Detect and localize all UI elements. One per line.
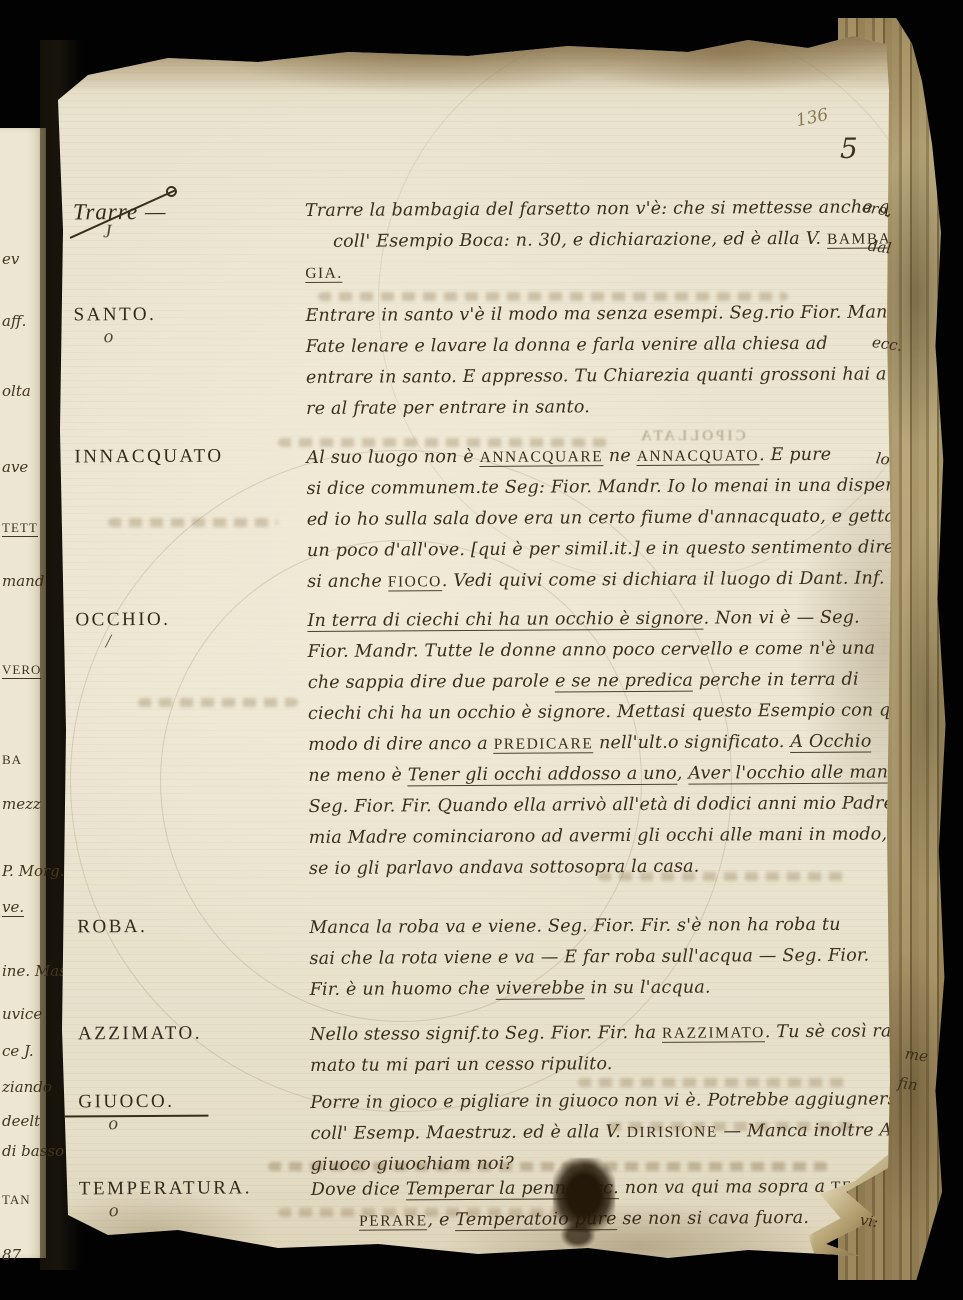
entry-text-segment: PERARE <box>359 1212 428 1230</box>
entry-line: se io gli parlavo andava sottosopra la c… <box>309 850 937 885</box>
headword-label: OCCHIO. <box>75 609 170 632</box>
entry-headword: ROBA. <box>63 913 309 939</box>
entry-trarre: Trarre —JTrarre la bambagia del farsetto… <box>59 193 878 291</box>
entry-line: Fate lenare e lavare la donna e farla ve… <box>306 328 921 363</box>
entry-body: Nello stesso signif.to Seg. Fior. Fir. h… <box>310 1016 923 1082</box>
fore-edge-ink-mark: dal <box>867 236 893 257</box>
headword-label: INNACQUATO <box>74 446 223 469</box>
entry-text-segment: Fior. Mandr. Tutte le donne anno poco ce… <box>308 639 876 662</box>
entry-text-segment: Trarre la bambagia del farsetto non v'è:… <box>305 197 907 221</box>
entry-text-segment: Nello stesso signif.to Seg. Fior. Fir. h… <box>310 1023 662 1045</box>
entry-line: Fior. Mandr. Tutte le donne anno poco ce… <box>308 633 936 668</box>
entry-temperatura: TEMPERATURA.oDove dice Temperar la penna… <box>65 1171 883 1238</box>
cutoff-text-fragment: aff. <box>2 312 26 330</box>
entry-text-segment: Seg. Fior. Fir. Quando ella arrivò all'e… <box>308 793 910 817</box>
cutoff-text-fragment: TAN <box>2 1192 31 1208</box>
entry-text-segment: . E pure <box>759 445 831 465</box>
entry-text-segment: ciechi chi ha un occhio è signore. Metta… <box>308 700 924 724</box>
cutoff-text-fragment: mezz <box>2 795 41 813</box>
entry-line: Entrare in santo v'è il modo ma senza es… <box>305 297 920 332</box>
pen-flourish: / <box>105 631 113 653</box>
entry-headword: AZZIMATO. <box>64 1020 310 1046</box>
entry-roba: ROBA.Manca la roba va e viene. Seg. Fior… <box>63 909 882 1007</box>
cutoff-text-fragment: 87 <box>2 1246 21 1264</box>
entry-text-segment: In terra di ciechi chi ha un occhio è si… <box>307 609 703 632</box>
cutoff-text-fragment: mand <box>2 572 44 590</box>
entry-text-segment: . Vedi quivi come si dichiara il luogo d… <box>442 568 908 591</box>
entry-occhio: OCCHIO./In terra di ciechi chi ha un occ… <box>61 603 881 887</box>
entry-text-segment: coll' Esempio Boca: n. 30, e dichiarazio… <box>333 229 827 252</box>
fore-edge-ink-mark: vi: <box>859 1211 880 1231</box>
fore-edge-ink-mark: lo <box>875 449 891 469</box>
cutoff-text-fragment: deelt <box>2 1112 40 1130</box>
entries: Trarre —JTrarre la bambagia del farsetto… <box>59 193 883 1239</box>
entry-line: sai che la rota viene e va — E far roba … <box>309 940 881 974</box>
entry-text-segment: viverebbe <box>496 978 585 1000</box>
entry-line: coll' Esempio Boca: n. 30, e dichiarazio… <box>305 223 908 258</box>
entry-line: mia Madre cominciarono ad avermi gli occ… <box>309 819 937 854</box>
cutoff-text-fragment: ave <box>2 458 28 476</box>
entry-body: Porre in gioco e pigliare in giuoco non … <box>310 1084 930 1181</box>
entry-text-segment: RAZZIMATO <box>662 1024 765 1043</box>
entry-text-segment: se non si cava fuora. <box>617 1208 810 1229</box>
entry-text-segment: GIA. <box>305 265 343 283</box>
cutoff-text-fragment: BA <box>2 752 22 768</box>
entry-line: re al frate per entrare in santo. <box>306 390 921 425</box>
entry-innacquato: INNACQUATOAl suo luogo non è ANNACQUARE … <box>60 440 879 600</box>
manuscript-page: 136 5 CIPOLLATA Trarre —JTrarre la bamba… <box>48 30 893 1258</box>
strike-through-flourish <box>70 190 176 239</box>
entry-headword: Trarre —J <box>59 196 305 226</box>
entry-text-segment: ed io ho sulla sala dove era un certo fi… <box>307 506 916 530</box>
entry-headword: GIUOCO.o <box>64 1088 310 1118</box>
entry-text-segment: , <box>677 764 689 784</box>
entry-body: In terra di ciechi chi ha un occhio è si… <box>307 602 936 885</box>
entry-line: modo di dire anco a PREDICARE nell'ult.o… <box>308 726 936 761</box>
entry-line: mato tu mi pari un cesso ripulito. <box>310 1047 923 1082</box>
cutoff-text-fragment: ce J. <box>2 1042 34 1060</box>
entry-text-segment: modo di dire anco a <box>308 734 494 755</box>
entry-text-segment: si anche <box>307 572 388 592</box>
entry-text-segment: in su l'acqua. <box>585 978 711 999</box>
entry-text-segment: entrare in santo. E appresso. Tu Chiarez… <box>306 364 921 388</box>
entry-line: In terra di ciechi chi ha un occhio è si… <box>307 602 935 637</box>
entry-text-segment: si dice communem.te Seg: Fior. Mandr. Io… <box>307 475 917 499</box>
headword-label: SANTO. <box>73 304 156 327</box>
entry-line: ed io ho sulla sala dove era un certo fi… <box>307 501 934 536</box>
entry-text-segment: mia Madre cominciarono ad avermi gli occ… <box>309 824 925 848</box>
entry-text-segment: Al suo luogo non è <box>306 447 479 468</box>
pen-flourish: o <box>108 1113 120 1135</box>
entry-text-segment: PREDICARE <box>494 735 594 754</box>
cutoff-text-fragment: ev <box>2 250 19 268</box>
entry-line: Seg. Fior. Fir. Quando ella arrivò all'e… <box>308 788 936 823</box>
entry-text-segment: A Occhio <box>790 732 871 753</box>
entry-line: coll' Esemp. Maestruz. ed è alla V. DIRI… <box>310 1115 930 1150</box>
entry-text-segment: . Non vi è — Seg. <box>704 608 860 629</box>
entry-line: Trarre la bambagia del farsetto non v'è:… <box>305 192 908 227</box>
entry-text-segment: Manca la roba va e viene. Seg. Fior. Fir… <box>309 915 840 938</box>
folio-number: 5 <box>840 132 858 165</box>
entry-text-segment: se io gli parlavo andava sottosopra la c… <box>309 857 700 879</box>
pen-flourish: o <box>104 326 116 348</box>
entry-line: Porre in gioco e pigliare in giuoco non … <box>310 1084 930 1119</box>
entry-line: Nello stesso signif.to Seg. Fior. Fir. h… <box>310 1016 923 1051</box>
entry-body: Manca la roba va e viene. Seg. Fior. Fir… <box>309 909 882 1005</box>
headword-label: TEMPERATURA. <box>79 1177 252 1200</box>
entry-text-segment: coll' Esemp. Maestruz. ed è alla V. <box>310 1122 626 1144</box>
folio-number-alt: 136 <box>794 105 830 131</box>
entry-line: entrare in santo. E appresso. Tu Chiarez… <box>306 359 921 394</box>
entry-line: Manca la roba va e viene. Seg. Fior. Fir… <box>309 909 881 943</box>
entry-text-segment: , e <box>427 1210 455 1230</box>
page-top-edge <box>48 30 893 92</box>
entry-text-segment: Entrare in santo v'è il modo ma senza es… <box>305 302 905 326</box>
entry-line: si anche FIOCO. Vedi quivi come si dichi… <box>307 563 934 598</box>
entry-text-segment: nell'ult.o significato. <box>593 732 790 753</box>
entry-text-segment: e se ne predica <box>555 671 693 693</box>
cutoff-text-fragment: TETT <box>2 520 38 537</box>
entry-line: ne meno è Tener gli occhi addosso a uno,… <box>308 757 936 792</box>
entry-line: si dice communem.te Seg: Fior. Mandr. Io… <box>307 470 934 505</box>
ink-blot <box>553 1158 615 1232</box>
entry-santo: SANTO.oEntrare in santo v'è il modo ma s… <box>59 298 878 427</box>
headword-label: GIUOCO. <box>62 1091 208 1118</box>
entry-line: che sappia dire due parole e se ne predi… <box>308 664 936 699</box>
entry-text-segment: ANNACQUARE <box>480 448 604 467</box>
entry-text-segment: non va qui ma sopra a <box>619 1177 831 1198</box>
entry-text-segment: FIOCO <box>388 573 442 591</box>
entry-text-segment: ANNACQUATO <box>637 447 759 466</box>
headword-label: ROBA. <box>77 916 147 938</box>
entry-headword: SANTO.o <box>59 301 305 327</box>
entry-headword: TEMPERATURA.o <box>65 1175 311 1201</box>
entry-line: Fir. è un huomo che viverebbe in su l'ac… <box>310 971 882 1005</box>
entry-body: Trarre la bambagia del farsetto non v'è:… <box>305 192 908 289</box>
entry-text-segment: re al frate per entrare in santo. <box>306 397 590 419</box>
entry-text-segment: che sappia dire due parole <box>308 671 555 693</box>
entry-text-segment: giuoco giuochiam noi? <box>311 1154 514 1175</box>
headword-label: AZZIMATO. <box>78 1023 202 1046</box>
entry-text-segment: DIRISIONE <box>627 1124 718 1142</box>
entry-headword: OCCHIO./ <box>61 606 307 632</box>
entry-text-segment: sai che la rota viene e va — E far roba … <box>309 946 869 969</box>
entry-body: Al suo luogo non è ANNACQUARE ne ANNACQU… <box>306 439 934 598</box>
entry-body: Entrare in santo v'è il modo ma senza es… <box>305 297 920 425</box>
entry-giuoco: GIUOCO.oPorre in gioco e pigliare in giu… <box>64 1084 883 1182</box>
entry-text-segment: Porre in gioco e pigliare in giuoco non … <box>310 1089 902 1113</box>
entry-azzimato: AZZIMATO.Nello stesso signif.to Seg. Fio… <box>64 1016 882 1083</box>
entry-line: un poco d'all'ove. [qui è per simil.it.]… <box>307 532 934 567</box>
cutoff-text-fragment: uvice <box>2 1005 42 1023</box>
entry-line: ciechi chi ha un occhio è signore. Metta… <box>308 695 936 730</box>
cutoff-text-fragment: VERO <box>2 662 41 679</box>
entry-text-segment: Dove dice <box>311 1179 406 1200</box>
entry-text-segment: Tener gli occhi addosso a uno <box>408 764 677 787</box>
fore-edge-ink-mark: fin <box>897 1074 919 1095</box>
entry-text-segment: perche in terra di <box>693 670 859 691</box>
entry-text-segment: ne meno è <box>308 765 408 786</box>
cutoff-text-fragment: olta <box>2 382 31 400</box>
cutoff-text-fragment: ve. <box>2 898 24 917</box>
headword-label: Trarre — <box>73 199 167 226</box>
entry-text-segment: un poco d'all'ove. [qui è per simil.it.]… <box>307 537 934 561</box>
entry-line: GIA. <box>305 254 908 289</box>
pen-flourish: J <box>103 221 114 243</box>
manuscript-photo: evaff.oltaaveTETTmandVEROBAmezzP. Morg.v… <box>0 0 963 1300</box>
fore-edge-ink-mark: me <box>904 1044 929 1065</box>
entry-text-segment: ne <box>603 446 637 466</box>
entry-line: Al suo luogo non è ANNACQUARE ne ANNACQU… <box>306 439 933 474</box>
pen-flourish: o <box>109 1200 121 1222</box>
entry-text-segment: Fir. è un huomo che <box>310 979 496 1000</box>
entry-text-segment: mato tu mi pari un cesso ripulito. <box>310 1054 613 1076</box>
entry-text-segment: Fate lenare e lavare la donna e farla ve… <box>306 334 828 357</box>
entry-headword: INNACQUATO <box>60 443 306 469</box>
